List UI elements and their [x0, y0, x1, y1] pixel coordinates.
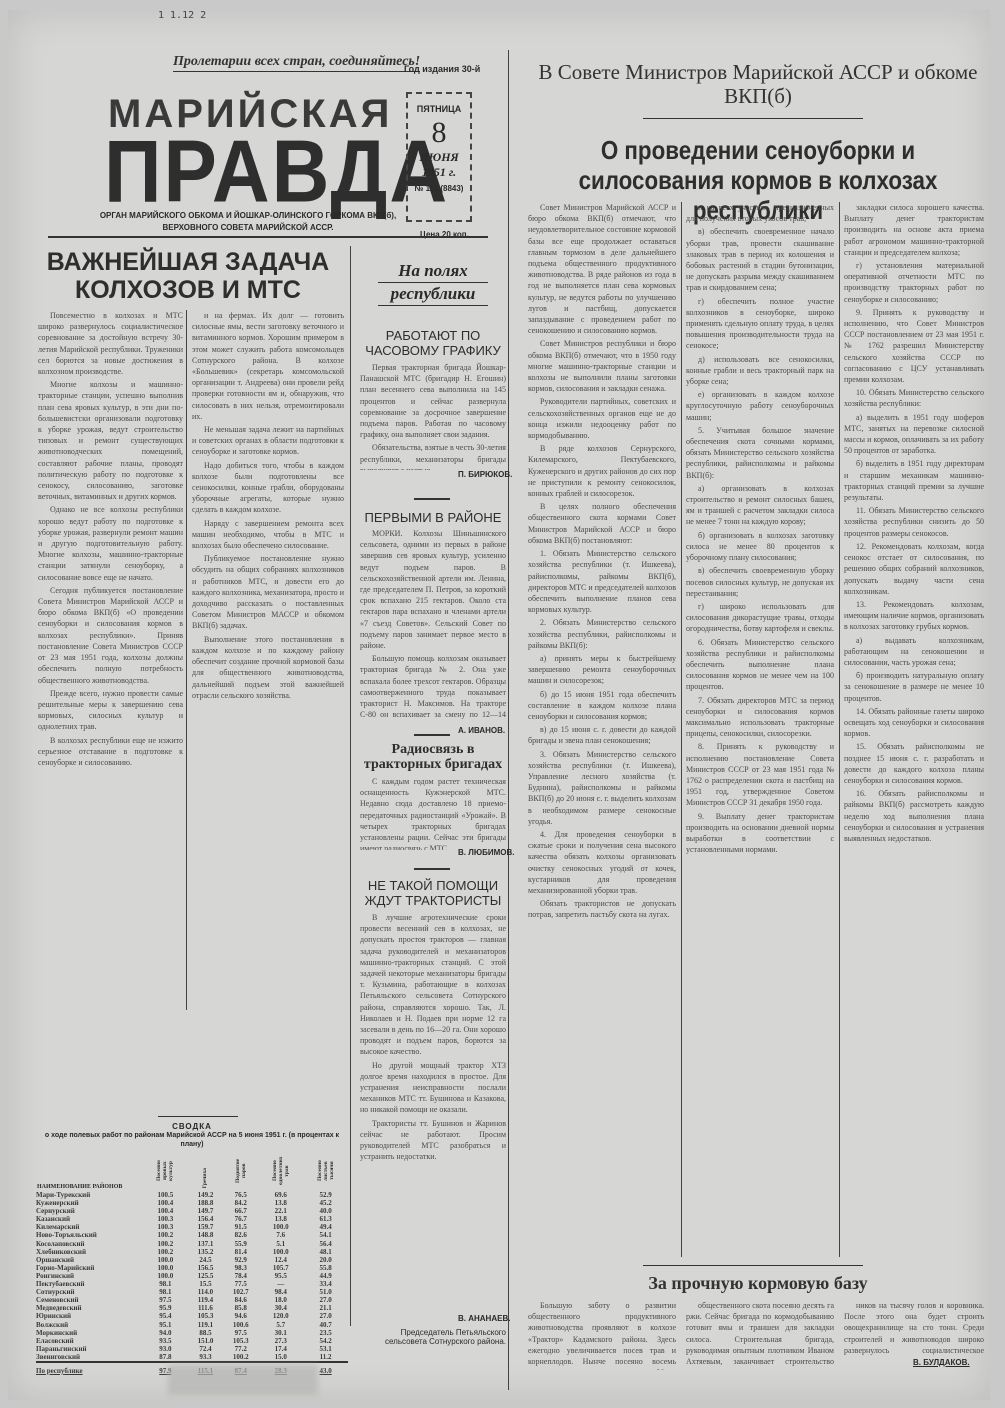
district-name: Горно-Марийский	[36, 1264, 143, 1272]
table-row: Мари-Турекский100.5149.276.569.652.9	[36, 1191, 348, 1199]
column-header: Гречиха	[188, 1153, 223, 1191]
percent-value: 98.4	[258, 1288, 303, 1296]
paragraph: Первая тракторная бригада Йошкар-Панашск…	[360, 362, 506, 440]
percent-value: 98.1	[143, 1280, 188, 1288]
percent-value: 100.2	[143, 1231, 188, 1239]
article-body: С каждым годом растет техническая оснаще…	[360, 776, 506, 850]
paragraph: 12. Рекомендовать колхозам, когда сеноко…	[844, 541, 984, 597]
percent-value: 44.9	[303, 1272, 348, 1280]
day: 8	[408, 116, 470, 150]
percent-value: 54.2	[303, 1337, 348, 1345]
percent-value: 98.3	[223, 1264, 258, 1272]
column-divider	[839, 202, 840, 1257]
separator-rule	[414, 868, 450, 870]
percent-value: 95.5	[258, 1272, 303, 1280]
paragraph: ников на тысячу голов и коровника. После…	[844, 1300, 984, 1356]
organ-line: ОРГАН МАРИЙСКОГО ОБКОМА И ЙОШКАР-ОЛИНСКО…	[98, 210, 398, 234]
separator-rule	[414, 734, 450, 736]
percent-value: 13.8	[258, 1199, 303, 1207]
percent-value: 100.3	[143, 1215, 188, 1223]
paragraph: б) выделить в 1951 году директорам и ста…	[844, 458, 984, 503]
editorial-title: ВАЖНЕЙШАЯ ЗАДАЧА КОЛХОЗОВ И МТС	[38, 248, 338, 304]
article-title: ПЕРВЫМИ В РАЙОНЕ	[358, 510, 508, 525]
district-name: Ново-Торъяльский	[36, 1231, 143, 1239]
table-row: Сернурский100.4149.766.722.140.0	[36, 1207, 348, 1215]
paragraph: б) организовать в колхозах заготовку сил…	[686, 530, 834, 564]
percent-value: 97.5	[143, 1296, 188, 1304]
paragraph: а) организовать в колхозах строительство…	[686, 483, 834, 528]
paragraph: а) выдавать колхозникам, работающим на с…	[844, 635, 984, 669]
decree-column-3: закладки силоса хорошего качества. Выпла…	[844, 202, 984, 1257]
percent-value: 30.4	[258, 1304, 303, 1312]
paragraph: В колхозах республики еще не изжито серь…	[38, 735, 183, 769]
issue-number: № 111 (8843)	[408, 184, 470, 193]
percent-value: 95.4	[143, 1312, 188, 1320]
percent-value: 53.1	[303, 1345, 348, 1353]
percent-value: 5.1	[258, 1240, 303, 1248]
summary-table: НАИМЕНОВАНИЕ РАЙОНОВПосеяно яровых культ…	[36, 1153, 348, 1375]
percent-value: 11.2	[303, 1353, 348, 1362]
percent-value: 159.7	[188, 1223, 223, 1231]
district-name: Килемарский	[36, 1223, 143, 1231]
percent-value: 135.2	[188, 1248, 223, 1256]
month: ИЮНЯ	[408, 150, 470, 165]
percent-value: 114.0	[188, 1288, 223, 1296]
rubric-line1: На полях	[378, 260, 488, 283]
district-name: Звениговский	[36, 1353, 143, 1362]
table-row: Оршанский100.024.592.912.420.0	[36, 1256, 348, 1264]
table-row: Куженерский100.4188.884.213.845.2	[36, 1199, 348, 1207]
percent-value: 27.0	[303, 1312, 348, 1320]
percent-value: 188.8	[188, 1199, 223, 1207]
paragraph: 1. Обязать Министерство сельского хозяйс…	[528, 548, 676, 615]
article-author: П. БИРЮКОВ.	[458, 470, 512, 479]
percent-value: 100.0	[258, 1223, 303, 1231]
table-row: Моркинский94.088.597.530.123.5	[36, 1329, 348, 1337]
percent-value: 95.1	[143, 1321, 188, 1329]
percent-value: 100.6	[223, 1321, 258, 1329]
paragraph: а) принять меры к быстрейшему завершению…	[528, 653, 676, 687]
percent-value: 92.9	[223, 1256, 258, 1264]
percent-value: 20.0	[303, 1256, 348, 1264]
article-author: В. АНАНАЕВ.	[458, 1314, 510, 1323]
percent-value: 156.5	[188, 1264, 223, 1272]
archive-stamp: 1 1.12 2	[158, 10, 206, 21]
paragraph: Выполнение этого постановления в каждом …	[192, 634, 344, 701]
summary-title: СВОДКА	[36, 1122, 348, 1131]
paragraph: 5. Учитывая большое значение обеспечения…	[686, 425, 834, 481]
district-name: Оршанский	[36, 1256, 143, 1264]
percent-value: 93.0	[143, 1345, 188, 1353]
paragraph: Большую помощь колхозам оказывает тракто…	[360, 653, 506, 724]
table-row: Звениговский87.893.3100.215.011.2	[36, 1353, 348, 1362]
percent-value: 151.0	[188, 1337, 223, 1345]
paragraph: Наряду с завершением ремонта всех машин …	[192, 518, 344, 552]
percent-value: 137.1	[188, 1240, 223, 1248]
article-title: НЕ ТАКОЙ ПОМОЩИ ЖДУТ ТРАКТОРИСТЫ	[358, 878, 508, 908]
paragraph: 3. Обязать Министерство сельского хозяйс…	[528, 749, 676, 827]
paragraph: 13. Рекомендовать колхозам, имеющим нали…	[844, 599, 984, 633]
percent-value: 49.4	[303, 1223, 348, 1231]
percent-value: 88.5	[188, 1329, 223, 1337]
article-title: Радиосвязь в тракторных бригадах	[358, 742, 508, 772]
table-row: Хлебниковский100.2135.281.4100.048.1	[36, 1248, 348, 1256]
table-row: Косолаповский100.2137.155.95.156.4	[36, 1240, 348, 1248]
column-header: Посеяно однолетних трав	[258, 1153, 303, 1191]
percent-value: 27.3	[258, 1337, 303, 1345]
newspaper-page: 1 1.12 2 Пролетарии всех стран, соединяй…	[8, 10, 990, 1400]
percent-value: 100.0	[258, 1248, 303, 1256]
percent-value: 100.5	[143, 1191, 188, 1199]
percent-value: 21.1	[303, 1304, 348, 1312]
district-name: Сернурский	[36, 1207, 143, 1215]
paragraph: в) до 15 июня с. г. довести до каждой бр…	[528, 724, 676, 746]
paragraph: Но другой мощный трактор ХТЗ долгое врем…	[360, 1060, 506, 1116]
decree-column-2: и на всех участках, предназначенных для …	[686, 202, 834, 1257]
section-rule	[643, 1265, 863, 1266]
paragraph: Надо добиться того, чтобы в каждом колхо…	[192, 460, 344, 516]
percent-value: 30.1	[258, 1329, 303, 1337]
article-title: РАБОТАЮТ ПО ЧАСОВОМУ ГРАФИКУ	[358, 328, 508, 358]
paragraph: г) обеспечить полное участие колхозников…	[686, 296, 834, 352]
paragraph: д) использовать все сенокосилки, конные …	[686, 354, 834, 388]
paragraph: Трактористы тт. Бушинов и Жаринов сейчас…	[360, 1118, 506, 1163]
paragraph: г) установления материальной оперативной…	[844, 260, 984, 305]
district-name: Медведевский	[36, 1304, 143, 1312]
percent-value: 27.0	[303, 1296, 348, 1304]
percent-value: 66.7	[223, 1207, 258, 1215]
percent-value: 5.7	[258, 1321, 303, 1329]
table-row: Медведевский95.9111.685.830.421.1	[36, 1304, 348, 1312]
percent-value: 105.7	[258, 1264, 303, 1272]
column-divider	[186, 310, 187, 1010]
table-row: Сотнурский98.1114.0102.798.451.0	[36, 1288, 348, 1296]
paragraph: 10. Обязать Министерство сельского хозяй…	[844, 387, 984, 409]
district-name: Параньгинский	[36, 1345, 143, 1353]
paragraph: г) широко использовать для силосования д…	[686, 601, 834, 635]
percent-value: —	[258, 1280, 303, 1288]
heading-rule	[643, 118, 863, 119]
district-name: Хлебниковский	[36, 1248, 143, 1256]
paragraph: е) организовать в каждом колхозе круглос…	[686, 389, 834, 423]
percent-value: 84.6	[223, 1296, 258, 1304]
paragraph: 16. Обязать райисполкомы и райкомы ВКП(б…	[844, 788, 984, 844]
percent-value: 77.5	[223, 1280, 258, 1288]
percent-value: 149.2	[188, 1191, 223, 1199]
paragraph: 9. Принять к руководству и исполнению, ч…	[844, 307, 984, 385]
paragraph: общественного скота посеяно десять га рж…	[686, 1300, 834, 1370]
table-row: Килемарский100.3159.791.5100.049.4	[36, 1223, 348, 1231]
percent-value: 87.8	[143, 1353, 188, 1362]
percent-value: 24.5	[188, 1256, 223, 1264]
slogan: Пролетарии всех стран, соединяйтесь!	[173, 54, 420, 72]
percent-value: 100.4	[143, 1199, 188, 1207]
percent-value: 85.8	[223, 1304, 258, 1312]
paragraph: б) производить натуральную оплату за сен…	[844, 670, 984, 704]
percent-value: 148.8	[188, 1231, 223, 1239]
percent-value: 56.4	[303, 1240, 348, 1248]
percent-value: 48.1	[303, 1248, 348, 1256]
paragraph: б) до 15 июня 1951 года обеспечить соста…	[528, 689, 676, 723]
table-row: Юринский95.4105.394.6120.027.0	[36, 1312, 348, 1320]
percent-value: 125.5	[188, 1272, 223, 1280]
percent-value: 82.6	[223, 1231, 258, 1239]
paragraph: закладки силоса хорошего качества. Выпла…	[844, 202, 984, 258]
table-row: Еласовский93.5151.0105.327.354.2	[36, 1337, 348, 1345]
percent-value: 93.3	[188, 1353, 223, 1362]
percent-value: 40.7	[303, 1321, 348, 1329]
percent-value: 15.5	[188, 1280, 223, 1288]
district-name: Еласовский	[36, 1337, 143, 1345]
paragraph: и на всех участках, предназначенных для …	[686, 202, 834, 224]
paragraph: Обязательства, взятые в честь 30-летия р…	[360, 442, 506, 470]
percent-value: 78.4	[223, 1272, 258, 1280]
percent-value: 91.5	[223, 1223, 258, 1231]
paragraph: Публикуемое постановление нужно обсудить…	[192, 553, 344, 631]
column-header: Посеяно яровых культур	[143, 1153, 188, 1191]
summary-table-block: СВОДКА о ходе полевых работ по районам М…	[36, 1122, 348, 1375]
paragraph: 9. Выплату денег трактористам производит…	[686, 811, 834, 856]
percent-value: 77.2	[223, 1345, 258, 1353]
paragraph: Не меньшая задача лежит на партийных и с…	[192, 424, 344, 458]
paragraph: 8. Принять к руководству и исполнению по…	[686, 741, 834, 808]
paragraph: В целях полного обеспечения общественног…	[528, 501, 676, 546]
paragraph: в) обеспечить своевременное начало уборк…	[686, 226, 834, 293]
rubric: На полях республики	[368, 260, 498, 306]
percent-value: 54.1	[303, 1231, 348, 1239]
weekday: ПЯТНИЦА	[408, 104, 470, 114]
paragraph: Однако не все колхозы республики хорошо …	[38, 504, 183, 582]
paragraph: 11. Обязать Министерство сельского хозяй…	[844, 505, 984, 539]
article-author: В. ЛЮБИМОВ.	[458, 848, 514, 857]
feature-column-2: общественного скота посеяно десять га рж…	[686, 1300, 834, 1370]
percent-value: 100.0	[143, 1272, 188, 1280]
column-divider	[508, 50, 509, 1390]
paragraph: 15. Обязать райисполкомы не позднее 15 и…	[844, 741, 984, 786]
paragraph: Сегодня публикуется постановление Совета…	[38, 585, 183, 686]
percent-value: 81.4	[223, 1248, 258, 1256]
percent-value: 111.6	[188, 1304, 223, 1312]
masthead-rule	[48, 236, 488, 238]
percent-value: 100.0	[143, 1256, 188, 1264]
paragraph: МОРКИ. Колхозы Шиньшинского сельсовета, …	[360, 528, 506, 651]
percent-value: 7.6	[258, 1231, 303, 1239]
feature-title: За прочную кормовую базу	[528, 1273, 988, 1294]
paragraph: 7. Обязать директоров МТС за период сено…	[686, 695, 834, 740]
paragraph: 2. Обязать Министерство сельского хозяйс…	[528, 617, 676, 651]
paragraph: Большую заботу о развитии общественного …	[528, 1300, 676, 1370]
feature-author: В. БУЛДАКОВ.	[913, 1358, 970, 1367]
paragraph: а) выделить в 1951 году шоферов МТС, зан…	[844, 412, 984, 457]
percent-value: 105.3	[223, 1337, 258, 1345]
percent-value: 22.1	[258, 1207, 303, 1215]
rubric-line2: республики	[378, 283, 488, 306]
decree-column-1: Совет Министров Марийской АССР и бюро об…	[528, 202, 676, 1257]
column-divider	[681, 202, 682, 1257]
percent-value: 100.2	[223, 1353, 258, 1362]
paragraph: С каждым годом растет техническая оснаще…	[360, 776, 506, 850]
percent-value: 102.7	[223, 1288, 258, 1296]
district-name: Косолаповский	[36, 1240, 143, 1248]
percent-value: 84.2	[223, 1199, 258, 1207]
percent-value: 76.7	[223, 1215, 258, 1223]
paragraph: В лучшие агротехнические сроки провести …	[360, 912, 506, 1058]
percent-value: 94.0	[143, 1329, 188, 1337]
percent-value: 76.5	[223, 1191, 258, 1199]
percent-value: 100.4	[143, 1207, 188, 1215]
percent-value: 69.6	[258, 1191, 303, 1199]
column-header: Посеяно листьев тысячи	[303, 1153, 348, 1191]
percent-value: 40.0	[303, 1207, 348, 1215]
percent-value: 51.0	[303, 1288, 348, 1296]
district-name: Сотнурский	[36, 1288, 143, 1296]
summary-subtitle: о ходе полевых работ по районам Марийско…	[36, 1131, 348, 1149]
column-header: Поднятие паров	[223, 1153, 258, 1191]
article-author: А. ИВАНОВ.	[458, 726, 505, 735]
editorial-column-1: Повсеместно в колхозах и МТС широко разв…	[38, 310, 183, 1015]
percent-value: 23.5	[303, 1329, 348, 1337]
publication-year: Год издания 30-й	[404, 64, 480, 74]
table-row: Горно-Марийский100.0156.598.3105.755.8	[36, 1264, 348, 1272]
district-name: Куженерский	[36, 1199, 143, 1207]
percent-value: 100.3	[143, 1223, 188, 1231]
percent-value: 18.0	[258, 1296, 303, 1304]
district-name: Моркинский	[36, 1329, 143, 1337]
percent-value: 94.6	[223, 1312, 258, 1320]
paragraph: Совет Министров Марийской АССР и бюро об…	[528, 202, 676, 336]
table-row: Ронгинский100.0125.578.495.544.9	[36, 1272, 348, 1280]
district-name: По республике	[36, 1362, 143, 1375]
author-title: Председатель Петьяльского сельсовета Сот…	[370, 1328, 506, 1346]
summary-rule	[158, 1116, 238, 1117]
percent-value: 55.8	[303, 1264, 348, 1272]
feature-column-3: ников на тысячу голов и коровника. После…	[844, 1300, 984, 1356]
table-row: Семеновский97.5119.484.618.027.0	[36, 1296, 348, 1304]
print-smudge	[168, 1365, 318, 1395]
percent-value: 95.9	[143, 1304, 188, 1312]
percent-value: 55.9	[223, 1240, 258, 1248]
percent-value: 100.0	[143, 1264, 188, 1272]
article-body: В лучшие агротехнические сроки провести …	[360, 912, 506, 1302]
table-row: Пектубаевский98.115.577.5—33.4	[36, 1280, 348, 1288]
column-divider	[350, 246, 351, 1326]
table-row: Ново-Торъяльский100.2148.882.67.654.1	[36, 1231, 348, 1239]
paragraph: Руководители партийных, советских и сель…	[528, 396, 676, 441]
percent-value: 17.4	[258, 1345, 303, 1353]
percent-value: 149.7	[188, 1207, 223, 1215]
paragraph: Прежде всего, нужно провести самые решит…	[38, 688, 183, 733]
percent-value: 13.8	[258, 1215, 303, 1223]
percent-value: 120.0	[258, 1312, 303, 1320]
paragraph: 4. Для проведения сеноуборки в сжатые ср…	[528, 829, 676, 896]
paragraph: и на фермах. Их долг — готовить силосные…	[192, 310, 344, 422]
percent-value: 72.4	[188, 1345, 223, 1353]
paragraph: Многие колхозы и машинно-тракторные стан…	[38, 379, 183, 502]
masthead-line2: ПРАВДА	[104, 128, 449, 216]
column-header: НАИМЕНОВАНИЕ РАЙОНОВ	[36, 1153, 143, 1191]
percent-value: 45.2	[303, 1199, 348, 1207]
table-row: Казанский100.3156.476.713.861.3	[36, 1215, 348, 1223]
article-body: МОРКИ. Колхозы Шиньшинского сельсовета, …	[360, 528, 506, 724]
district-name: Мари-Турекский	[36, 1191, 143, 1199]
editorial-column-2: и на фермах. Их долг — готовить силосные…	[192, 310, 344, 1015]
decree-heading: В Совете Министров Марийской АССР и обко…	[528, 60, 988, 108]
percent-value: 52.9	[303, 1191, 348, 1199]
percent-value: 105.3	[188, 1312, 223, 1320]
paragraph: 14. Обязать районные газеты широко освещ…	[844, 706, 984, 740]
district-name: Пектубаевский	[36, 1280, 143, 1288]
percent-value: 100.2	[143, 1240, 188, 1248]
paragraph: Совет Министров республики и бюро обкома…	[528, 338, 676, 394]
separator-rule	[414, 498, 450, 500]
year: 1951 г.	[408, 165, 470, 180]
percent-value: 15.0	[258, 1353, 303, 1362]
paragraph: В ряде колхозов Сернурского, Килемарског…	[528, 443, 676, 499]
percent-value: 93.5	[143, 1337, 188, 1345]
district-name: Ронгинский	[36, 1272, 143, 1280]
date-box: ПЯТНИЦА 8 ИЮНЯ 1951 г. № 111 (8843)	[406, 92, 472, 222]
percent-value: 12.4	[258, 1256, 303, 1264]
feature-column-1: Большую заботу о развитии общественного …	[528, 1300, 676, 1370]
percent-value: 98.1	[143, 1288, 188, 1296]
percent-value: 100.2	[143, 1248, 188, 1256]
article-body: Первая тракторная бригада Йошкар-Панашск…	[360, 362, 506, 470]
paragraph: 6. Обязать Министерство сельского хозяйс…	[686, 637, 834, 693]
district-name: Семеновский	[36, 1296, 143, 1304]
percent-value: 97.5	[223, 1329, 258, 1337]
district-name: Волжский	[36, 1321, 143, 1329]
table-row: Параньгинский93.072.477.217.453.1	[36, 1345, 348, 1353]
table-row: Волжский95.1119.1100.65.740.7	[36, 1321, 348, 1329]
paragraph: в) обеспечить своевременную уборку посев…	[686, 565, 834, 599]
percent-value: 156.4	[188, 1215, 223, 1223]
percent-value: 61.3	[303, 1215, 348, 1223]
percent-value: 119.1	[188, 1321, 223, 1329]
paragraph: Повсеместно в колхозах и МТС широко разв…	[38, 310, 183, 377]
percent-value: 33.4	[303, 1280, 348, 1288]
percent-value: 119.4	[188, 1296, 223, 1304]
district-name: Юринский	[36, 1312, 143, 1320]
district-name: Казанский	[36, 1215, 143, 1223]
paragraph: Обязать трактористов не допускать потрав…	[528, 898, 676, 920]
